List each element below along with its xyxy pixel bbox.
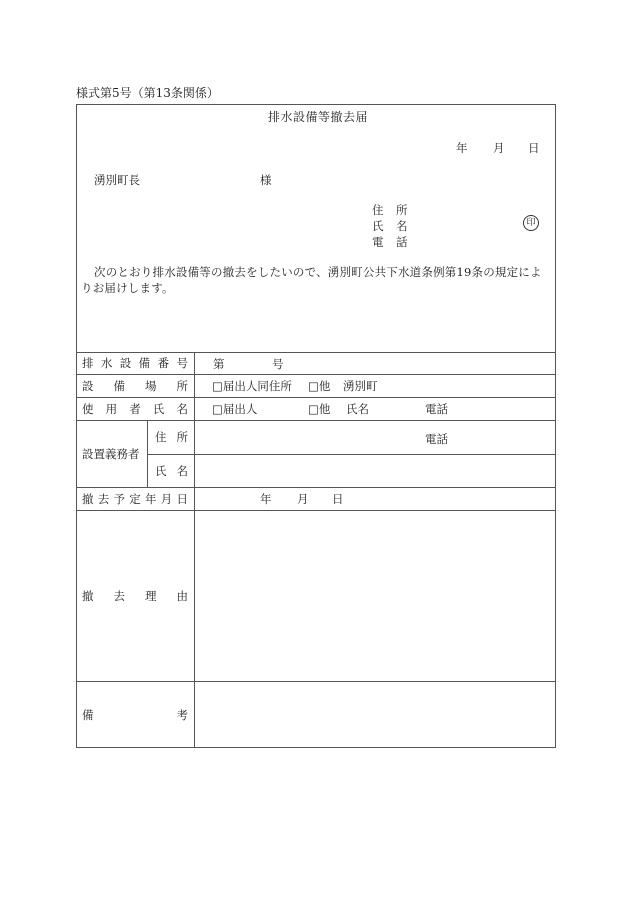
remarks-field[interactable]	[196, 683, 554, 746]
removal-reason-field[interactable]	[196, 512, 554, 679]
label-user-name: 使用者氏名	[82, 397, 188, 420]
user-other-checkbox[interactable]: □他	[308, 401, 330, 417]
equipment-number-field[interactable]	[228, 354, 268, 372]
obligor-phone-label: 電話	[425, 431, 448, 447]
label-removal-reason: 撤去理由	[82, 510, 188, 681]
applicant-name-label-2: 名	[396, 218, 408, 234]
obligor-address-field[interactable]	[196, 422, 416, 452]
user-applicant-checkbox[interactable]: □届出人	[212, 401, 257, 417]
label-equipment-location: 設備場所	[82, 374, 188, 397]
applicant-address-label-2: 所	[396, 202, 408, 218]
location-town: 湧別町	[343, 378, 378, 394]
addressee-honorific: 様	[260, 172, 272, 188]
form-title: 排水設備等撤去届	[268, 108, 368, 125]
equipment-number-prefix: 第	[213, 356, 225, 372]
label-scheduled-removal-date: 撤去予定年月日	[82, 487, 188, 510]
form-number: 様式第5号（第13条関係）	[76, 84, 219, 101]
removal-date-day: 日	[332, 491, 344, 507]
location-same-as-applicant-checkbox[interactable]: □届出人同住所	[212, 378, 292, 394]
label-obligor-address: 住所	[155, 420, 188, 454]
label-installation-obligor: 設置義務者	[82, 446, 140, 462]
equipment-number-suffix: 号	[272, 356, 284, 372]
addressee-name: 湧別町長	[94, 172, 140, 188]
obligor-name-field[interactable]	[196, 456, 554, 485]
seal-icon: 印	[523, 215, 539, 231]
applicant-phone-label-2: 話	[396, 234, 408, 250]
label-drain-equipment-number: 排水設備番号	[82, 352, 188, 374]
date-day: 日	[528, 140, 540, 156]
user-name-label: 氏名	[346, 401, 369, 417]
removal-date-year: 年	[260, 491, 272, 507]
user-phone-label: 電話	[425, 401, 448, 417]
location-other-checkbox[interactable]: □他	[308, 378, 330, 394]
label-obligor-name: 氏名	[155, 454, 188, 487]
removal-date-month: 月	[297, 491, 309, 507]
date-year: 年	[456, 140, 468, 156]
label-remarks: 備考	[82, 681, 188, 748]
date-month: 月	[493, 140, 505, 156]
applicant-phone-label-1: 電	[372, 234, 384, 250]
body-text-line-1: 次のとおり排水設備等の撤去をしたいので、湧別町公共下水道条例第19条の規定によ	[94, 264, 542, 280]
applicant-name-label-1: 氏	[372, 218, 384, 234]
applicant-address-label-1: 住	[372, 202, 384, 218]
body-text-line-2: りお届けします。	[81, 280, 174, 296]
